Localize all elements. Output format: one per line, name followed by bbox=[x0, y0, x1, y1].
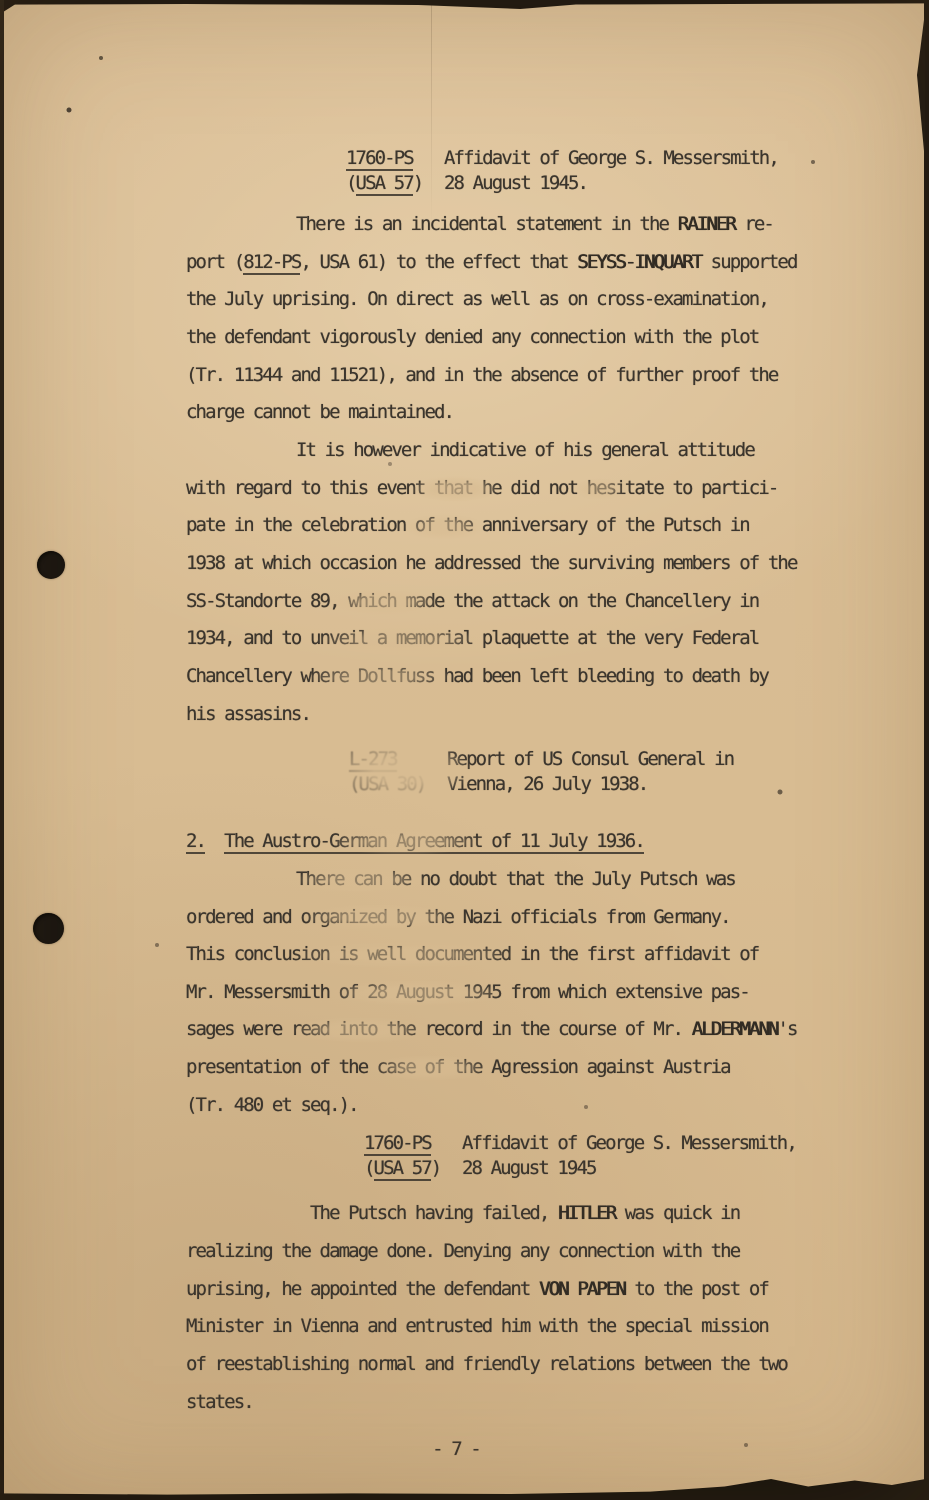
text-line: ordered and organized by the Nazi offici… bbox=[186, 899, 828, 937]
hole-punch bbox=[37, 551, 65, 579]
scan-edge-bottom bbox=[0, 1470, 929, 1500]
text-segment: ) bbox=[413, 172, 423, 194]
text-segment: There is an incidental statement in the bbox=[296, 213, 678, 235]
text-segment: 812-PS bbox=[243, 251, 300, 275]
text-segment: the July uprising. On direct as well as … bbox=[186, 288, 768, 310]
text-segment: was quick in bbox=[615, 1202, 739, 1224]
text-segment: (Tr. 480 et seq.). bbox=[186, 1094, 358, 1116]
text-line: 1938 at which occasion he addressed the … bbox=[186, 545, 828, 583]
text-segment: Affidavit of George S. Messersmith, bbox=[444, 147, 778, 169]
text-segment: ( bbox=[346, 172, 356, 194]
text-segment: HITLER bbox=[558, 1202, 615, 1224]
page-number: - 7 - bbox=[186, 1438, 726, 1460]
text-segment: Chancellery where Dollfuss had been left… bbox=[186, 665, 768, 687]
text-line: There is an incidental statement in the … bbox=[186, 206, 828, 244]
text-segment: The Putsch having failed, bbox=[310, 1202, 558, 1224]
text-segment: Report of US Consul General in bbox=[447, 748, 733, 770]
text-line: pate in the celebration of the anniversa… bbox=[186, 507, 828, 545]
text-line: (Tr. 11344 and 11521), and in the absenc… bbox=[186, 357, 828, 395]
text-segment: ( bbox=[364, 1157, 374, 1179]
text-line: 28 August 1945 bbox=[462, 1156, 796, 1181]
text-segment: (Tr. 11344 and 11521), and in the absenc… bbox=[186, 364, 777, 386]
paper-tear bbox=[917, 12, 925, 162]
text-segment: , USA 61) to the effect that bbox=[300, 251, 577, 273]
text-line: Affidavit of George S. Messersmith, bbox=[444, 146, 778, 171]
text-segment: his assasins. bbox=[186, 703, 310, 725]
citation-block: 1760-PS(USA 57)Affidavit of George S. Me… bbox=[346, 146, 828, 196]
citation-label: L-273(USA 30) bbox=[349, 747, 447, 797]
scanned-document-page: 1760-PS(USA 57)Affidavit of George S. Me… bbox=[0, 0, 929, 1500]
text-line: 1934, and to unveil a memorial plaquette… bbox=[186, 620, 828, 658]
text-segment: 2. bbox=[186, 830, 205, 854]
text-line: There can be no doubt that the July Puts… bbox=[186, 861, 828, 899]
text-segment: with regard to this event that he did no… bbox=[186, 477, 777, 499]
document-body: 1760-PS(USA 57)Affidavit of George S. Me… bbox=[186, 146, 828, 1421]
text-line: charge cannot be maintained. bbox=[186, 394, 828, 432]
citation-label: 1760-PS(USA 57) bbox=[364, 1131, 462, 1181]
text-segment: 1938 at which occasion he addressed the … bbox=[186, 552, 797, 574]
section-heading: 2. The Austro-German Agreement of 11 Jul… bbox=[186, 823, 828, 861]
text-segment: 28 August 1945. bbox=[444, 172, 587, 194]
text-segment: ALDERMANN bbox=[692, 1018, 778, 1040]
text-line: (USA 57) bbox=[346, 171, 444, 196]
text-segment: SEYSS-INQUART bbox=[577, 251, 701, 273]
text-segment: L-273 bbox=[349, 748, 397, 772]
body-paragraph: The Putsch having failed, HITLER was qui… bbox=[186, 1195, 828, 1421]
text-line: 28 August 1945. bbox=[444, 171, 778, 196]
text-segment: ) bbox=[431, 1157, 441, 1179]
text-line: with regard to this event that he did no… bbox=[186, 470, 828, 508]
text-segment: realizing the damage done. Denying any c… bbox=[186, 1240, 739, 1262]
text-segment: There can be no doubt that the July Puts… bbox=[296, 868, 735, 890]
text-segment: RAINER bbox=[678, 213, 735, 235]
text-segment bbox=[205, 830, 224, 852]
text-line: Chancellery where Dollfuss had been left… bbox=[186, 658, 828, 696]
body-paragraph: There can be no doubt that the July Puts… bbox=[186, 861, 828, 1125]
text-line: 1760-PS bbox=[364, 1131, 462, 1156]
text-line: SS-Standorte 89, which made the attack o… bbox=[186, 583, 828, 621]
text-line: the defendant vigorously denied any conn… bbox=[186, 319, 828, 357]
text-line: sages were read into the record in the c… bbox=[186, 1011, 828, 1049]
body-paragraph: There is an incidental statement in the … bbox=[186, 206, 828, 432]
text-segment: to the post of bbox=[625, 1278, 768, 1300]
citation-text: Report of US Consul General inVienna, 26… bbox=[447, 747, 733, 797]
text-line: his assasins. bbox=[186, 696, 828, 734]
text-segment: states. bbox=[186, 1391, 253, 1413]
text-line: This conclusion is well documented in th… bbox=[186, 936, 828, 974]
text-line: Affidavit of George S. Messersmith, bbox=[462, 1131, 796, 1156]
hole-punch bbox=[33, 913, 64, 944]
text-segment: uprising, he appointed the defendant bbox=[186, 1278, 539, 1300]
text-line: of reestablishing normal and friendly re… bbox=[186, 1346, 828, 1384]
text-segment: 1934, and to unveil a memorial plaquette… bbox=[186, 627, 758, 649]
scan-edge-left bbox=[0, 0, 4, 1500]
text-line: (Tr. 480 et seq.). bbox=[186, 1087, 828, 1125]
text-segment: Mr. Messersmith of 28 August 1945 from w… bbox=[186, 981, 749, 1003]
citation-label: 1760-PS(USA 57) bbox=[346, 146, 444, 196]
text-line: The Putsch having failed, HITLER was qui… bbox=[186, 1195, 828, 1233]
text-segment: pate in the celebration of the anniversa… bbox=[186, 514, 749, 536]
text-segment: 1760-PS bbox=[364, 1132, 431, 1156]
citation-text: Affidavit of George S. Messersmith,28 Au… bbox=[462, 1131, 796, 1181]
text-segment: Affidavit of George S. Messersmith, bbox=[462, 1132, 796, 1154]
text-line: presentation of the case of the Agressio… bbox=[186, 1049, 828, 1087]
text-line: 1760-PS bbox=[346, 146, 444, 171]
text-segment: 's bbox=[777, 1018, 796, 1040]
text-segment: SS-Standorte 89, which made the attack o… bbox=[186, 590, 758, 612]
citation-text: Affidavit of George S. Messersmith,28 Au… bbox=[444, 146, 778, 196]
text-line: L-273 bbox=[349, 747, 447, 772]
text-segment: supported bbox=[701, 251, 796, 273]
text-segment: USA 57 bbox=[356, 172, 413, 196]
text-segment: charge cannot be maintained. bbox=[186, 401, 453, 423]
body-paragraph: It is however indicative of his general … bbox=[186, 432, 828, 733]
text-line: (USA 30) bbox=[349, 772, 447, 797]
text-line: port (812-PS, USA 61) to the effect that… bbox=[186, 244, 828, 282]
text-segment: ordered and organized by the Nazi offici… bbox=[186, 906, 730, 928]
text-segment: It is however indicative of his general … bbox=[296, 439, 754, 461]
text-segment: The Austro-German Agreement of 11 July 1… bbox=[224, 830, 644, 854]
text-segment: This conclusion is well documented in th… bbox=[186, 943, 758, 965]
text-line: realizing the damage done. Denying any c… bbox=[186, 1233, 828, 1271]
text-line: Report of US Consul General in bbox=[447, 747, 733, 772]
text-segment: the defendant vigorously denied any conn… bbox=[186, 326, 758, 348]
text-segment: Minister in Vienna and entrusted him wit… bbox=[186, 1315, 768, 1337]
text-segment: 1760-PS bbox=[346, 147, 413, 171]
scan-edge-top bbox=[0, 0, 929, 9]
text-line: uprising, he appointed the defendant VON… bbox=[186, 1271, 828, 1309]
text-segment: Vienna, 26 July 1938. bbox=[447, 773, 647, 795]
text-line: Mr. Messersmith of 28 August 1945 from w… bbox=[186, 974, 828, 1012]
text-line: (USA 57) bbox=[364, 1156, 462, 1181]
text-line: Minister in Vienna and entrusted him wit… bbox=[186, 1308, 828, 1346]
text-line: It is however indicative of his general … bbox=[186, 432, 828, 470]
text-segment: VON PAPEN bbox=[539, 1278, 625, 1300]
text-segment: 28 August 1945 bbox=[462, 1157, 596, 1179]
scan-edge-right bbox=[924, 0, 929, 1500]
text-line: Vienna, 26 July 1938. bbox=[447, 772, 733, 797]
text-segment: re- bbox=[735, 213, 773, 235]
citation-block: 1760-PS(USA 57)Affidavit of George S. Me… bbox=[364, 1131, 828, 1181]
text-segment: (USA 30) bbox=[349, 773, 425, 795]
text-line: states. bbox=[186, 1384, 828, 1422]
text-segment: presentation of the case of the Agressio… bbox=[186, 1056, 730, 1078]
text-segment: port ( bbox=[186, 251, 243, 273]
text-segment: of reestablishing normal and friendly re… bbox=[186, 1353, 787, 1375]
text-line: the July uprising. On direct as well as … bbox=[186, 281, 828, 319]
text-segment: sages were read into the record in the c… bbox=[186, 1018, 692, 1040]
text-line: 2. The Austro-German Agreement of 11 Jul… bbox=[186, 823, 828, 861]
text-segment: USA 57 bbox=[374, 1157, 431, 1181]
citation-block: L-273(USA 30)Report of US Consul General… bbox=[349, 747, 828, 797]
